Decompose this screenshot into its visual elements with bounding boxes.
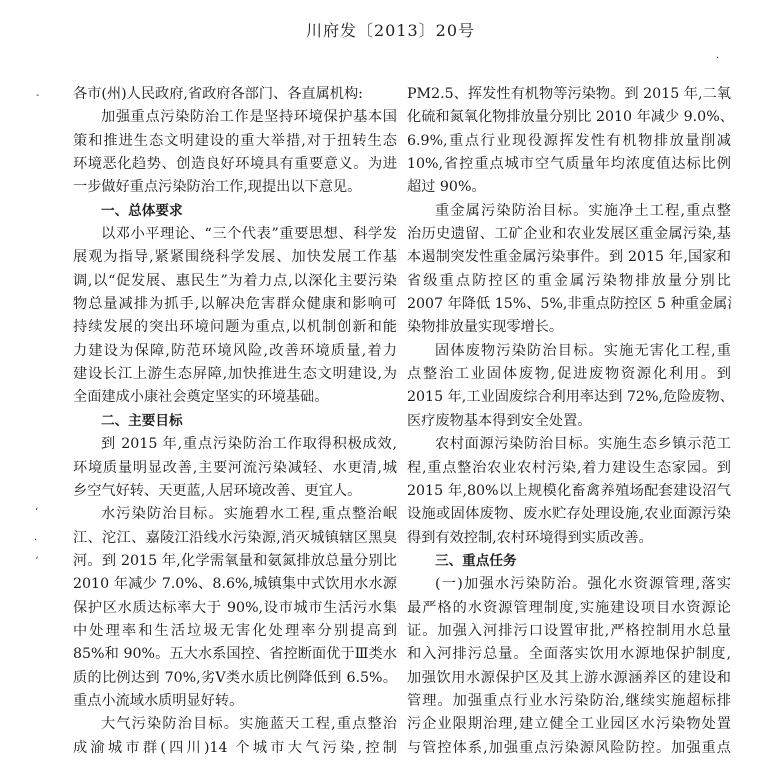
text-line: 展观为指导,紧紧围绕科学发展、加快发展工作基 [73, 246, 397, 269]
text-line: (一)加强水污染防治。强化水资源管理,落实 [407, 573, 731, 596]
text-line: 各市(州)人民政府,省政府各部门、各直属机构: [73, 83, 397, 106]
text-line: 得到有效控制,农村环境得到实质改善。 [407, 527, 731, 550]
text-line: 乡空气好转、天更蓝,人居环境改善、更宜人。 [73, 480, 397, 503]
text-line: 江、沱江、嘉陵江沿线水污染源,消灭城镇辖区黑臭 [73, 527, 397, 550]
text-line: 重点小流域水质明显好转。 [73, 690, 397, 713]
text-line: 10%,省控重点城市空气质量年均浓度值达标比例 [407, 153, 731, 176]
text-line: 一步做好重点污染防治工作,现提出以下意见。 [73, 176, 397, 199]
text-line: 成渝城市群(四川)14 个城市大气污染,控制 [73, 737, 397, 760]
text-line: 全面建成小康社会奠定坚实的环境基础。 [73, 386, 397, 409]
text-line: 点整治工业固体废物,促进废物资源化利用。到 [407, 363, 731, 386]
text-line: 重金属污染防治目标。实施净土工程,重点整 [407, 200, 731, 223]
scan-speck: - [36, 91, 39, 101]
scan-speck: · [716, 54, 719, 64]
text-line: 加强重点污染防治工作是坚持环境保护基本国 [73, 106, 397, 129]
text-line: 固体废物污染防治目标。实施无害化工程,重 [407, 340, 731, 363]
text-line: 程,重点整治农业农村污染,着力建设生态家园。到 [407, 457, 731, 480]
scan-speck: ʼ [35, 557, 38, 567]
text-line: 85%和 90%。五大水系国控、省控断面优于Ⅲ类水 [73, 643, 397, 666]
text-line: PM2.5、挥发性有机物等污染物。到 2015 年,二氧 [407, 83, 731, 106]
text-line: 水污染防治目标。实施碧水工程,重点整治岷 [73, 503, 397, 526]
text-line: 化硫和氮氧化物排放量分别比 2010 年减少 9.0%、 [407, 106, 731, 129]
section-heading: 三、重点任务 [407, 550, 731, 573]
text-line: 力建设为保障,防范环境风险,改善环境质量,着力 [73, 340, 397, 363]
text-line: 质的比例达到 70%,劣Ⅴ类水质比例降低到 6.5%。 [73, 667, 397, 690]
text-line: 策和推进生态文明建设的重大举措,对于扭转生态 [73, 130, 397, 153]
scan-speck: · [34, 536, 37, 546]
text-line: 2007 年降低 15%、5%,非重点防控区 5 种重金属污 [407, 293, 731, 316]
text-line: 到 2015 年,重点污染防治工作取得积极成效, [73, 433, 397, 456]
text-line: 加强饮用水源保护区及其上游水源涵养区的建设和 [407, 667, 731, 690]
text-line: 调,以“促发展、惠民生”为着力点,以深化主要污染 [73, 270, 397, 293]
text-line: 6.9%,重点行业现役源挥发性有机物排放量削减 [407, 130, 731, 153]
text-line: 持续发展的突出环境问题为重点,以机制创新和能 [73, 316, 397, 339]
text-line: 农村面源污染防治目标。实施生态乡镇示范工 [407, 433, 731, 456]
scan-speck: ‘ [35, 508, 38, 518]
text-line: 最严格的水资源管理制度,实施建设项目水资源论 [407, 597, 731, 620]
text-line: 环境质量明显改善,主要河流污染减轻、水更清,城 [73, 457, 397, 480]
text-line: 污企业限期治理,建立健全工业园区水污染物处置 [407, 713, 731, 736]
text-line: 物总量减排为抓手,以解决危害群众健康和影响可 [73, 293, 397, 316]
text-line: 环境恶化趋势、创造良好环境具有重要意义。为进 [73, 153, 397, 176]
section-heading: 二、主要目标 [73, 410, 397, 433]
text-line: 河。到 2015 年,化学需氧量和氨氮排放总量分别比 [73, 550, 397, 573]
left-text-column: 各市(州)人民政府,省政府各部门、各直属机构:加强重点污染防治工作是坚持环境保护… [73, 83, 397, 760]
right-text-column: PM2.5、挥发性有机物等污染物。到 2015 年,二氧化硫和氮氧化物排放量分别… [407, 83, 731, 760]
text-line: 医疗废物基本得到安全处置。 [407, 410, 731, 433]
text-line: 证。加强入河排污口设置审批,严格控制用水总量 [407, 620, 731, 643]
text-line: 建设长江上游生态屏障,加快推进生态文明建设,为 [73, 363, 397, 386]
text-line: 治历史遗留、工矿企业和农业发展区重金属污染,基 [407, 223, 731, 246]
text-line: 和入河排污总量。全面落实饮用水源地保护制度, [407, 643, 731, 666]
document-number-header: 川府发〔2013〕20号 [0, 18, 781, 41]
text-line: 保护区水质达标率大于 90%,设市城市生活污水集 [73, 597, 397, 620]
text-line: 省级重点防控区的重金属污染物排放量分别比 [407, 270, 731, 293]
text-line: 管理。加强重点行业水污染防治,继续实施超标排 [407, 690, 731, 713]
text-line: 中处理率和生活垃圾无害化处理率分别提高到 [73, 620, 397, 643]
text-line: 本遏制突发性重金属污染事件。到 2015 年,国家和 [407, 246, 731, 269]
text-line: 设施或固体废物、废水贮存处理设施,农业面源污染 [407, 503, 731, 526]
text-line: 以邓小平理论、“三个代表”重要思想、科学发 [73, 223, 397, 246]
text-line: 2010 年减少 7.0%、8.6%,城镇集中式饮用水水源 [73, 573, 397, 596]
text-line: 超过 90%。 [407, 176, 731, 199]
text-line: 2015 年,工业固废综合利用率达到 72%,危险废物、 [407, 386, 731, 409]
text-line: 染物排放量实现零增长。 [407, 316, 731, 339]
text-line: 大气污染防治目标。实施蓝天工程,重点整治 [73, 713, 397, 736]
text-line: 2015 年,80%以上规模化畜禽养殖场配套建设沼气 [407, 480, 731, 503]
section-heading: 一、总体要求 [73, 200, 397, 223]
text-line: 与管控体系,加强重点污染源风险防控。加强重点 [407, 737, 731, 760]
